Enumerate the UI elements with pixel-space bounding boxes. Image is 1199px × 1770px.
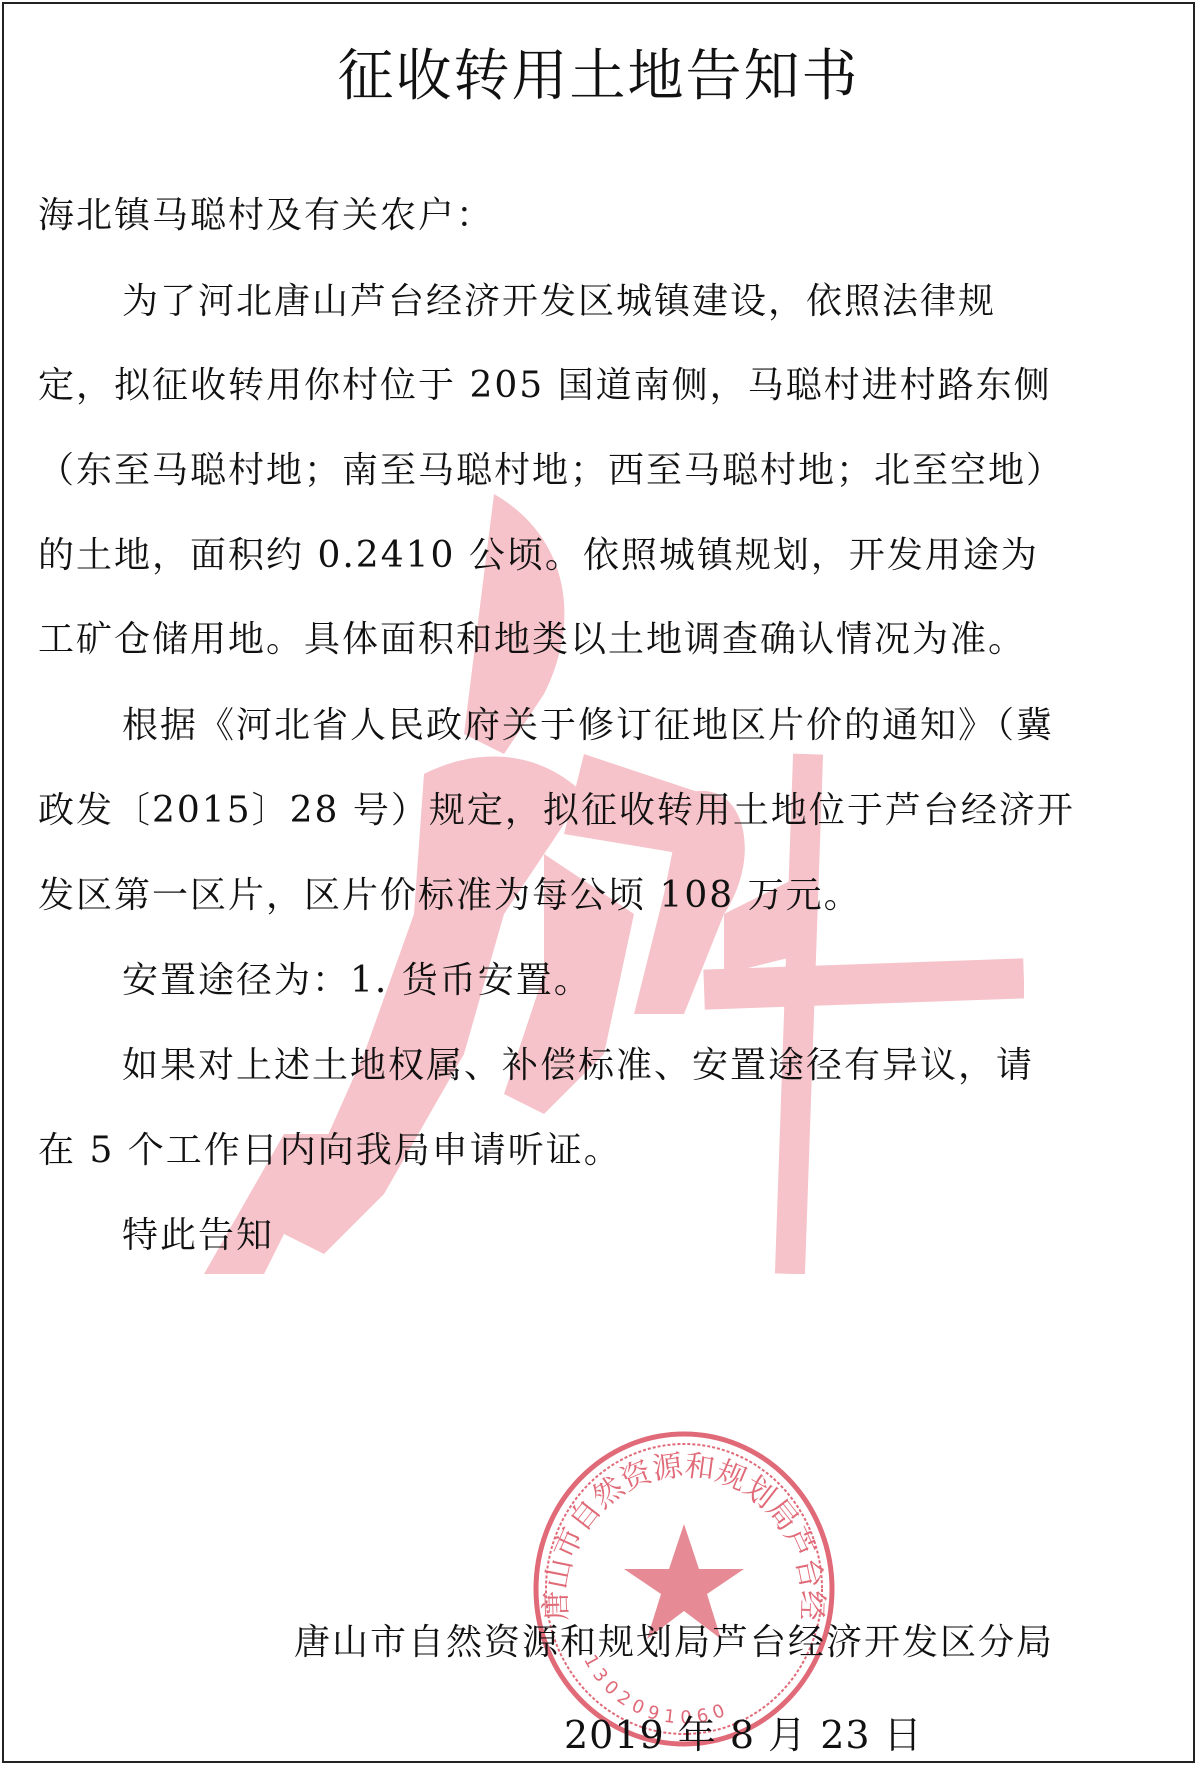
- paragraph-line: （东至马聪村地；南至马聪村地；西至马聪村地；北至空地）: [38, 449, 1064, 493]
- issuer-signature: 唐山市自然资源和规划局芦台经济开发区分局: [294, 1614, 1054, 1665]
- paragraph-line: 工矿仓储用地。具体面积和地类以土地调查确认情况为准。: [38, 618, 1026, 662]
- salutation: 海北镇马聪村及有关农户：: [38, 194, 494, 238]
- issue-date: 2019 年 8 月 23 日: [564, 1704, 923, 1759]
- closing-line: 特此告知: [122, 1214, 274, 1258]
- paragraph-line: 安置途径为：1. 货币安置。: [122, 959, 592, 1003]
- official-seal-icon: 唐山市自然资源和规划局芦台经济开发区 1302091060: [529, 1429, 839, 1749]
- paragraph-line: 根据《河北省人民政府关于修订征地区片价的通知》（冀: [122, 704, 1054, 748]
- paragraph-line: 政发〔2015〕28 号）规定，拟征收转用土地位于芦台经济开: [38, 789, 1075, 833]
- paragraph-line: 定，拟征收转用你村位于 205 国道南侧，马聪村进村路东侧: [38, 364, 1052, 408]
- svg-text:唐山市自然资源和规划局芦台经济开发区: 唐山市自然资源和规划局芦台经济开发区: [529, 1429, 829, 1621]
- paragraph-line: 的土地，面积约 0.2410 公顷。依照城镇规划，开发用途为: [38, 534, 1039, 578]
- paragraph-line: 如果对上述土地权属、补偿标准、安置途径有异议，请: [122, 1044, 1034, 1088]
- paragraph-line: 为了河北唐山芦台经济开发区城镇建设，依照法律规: [122, 280, 996, 324]
- page-title: 征收转用土地告知书: [4, 32, 1193, 112]
- document-page: 唐山市自然资源和规划局芦台经济开发区 1302091060 征收转用土地告知书 …: [2, 2, 1195, 1763]
- paragraph-line: 在 5 个工作日内向我局申请听证。: [38, 1129, 622, 1173]
- paragraph-line: 发区第一区片，区片价标准为每公顷 108 万元。: [38, 874, 862, 918]
